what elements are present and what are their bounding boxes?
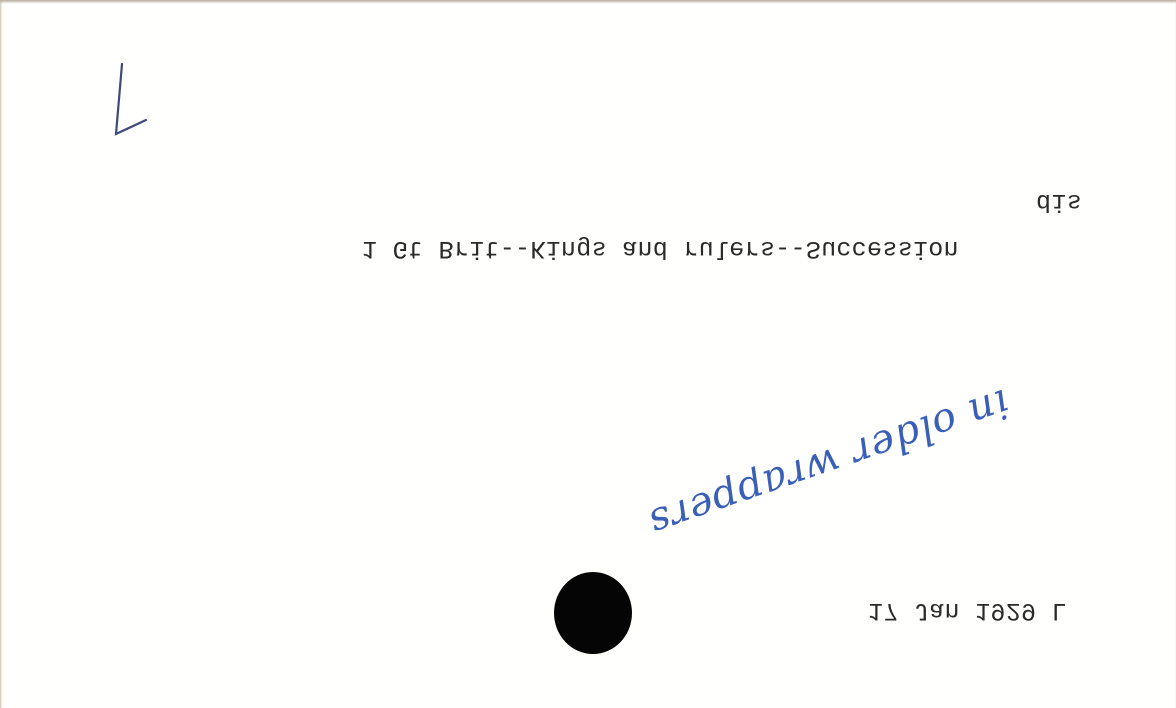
catalog-card: dis 1 Gt Brit--Kings and rulers--Success… (0, 0, 1176, 708)
punch-hole (554, 572, 632, 654)
subject-heading: 1 Gt Brit--Kings and rulers--Succession (362, 234, 959, 263)
handwritten-note: in older wrappers (643, 380, 1015, 547)
handwritten-corner-mark (110, 62, 150, 142)
subject-continuation: dis (1036, 187, 1082, 216)
date-stamp: 17 Jan 1929 L (868, 596, 1067, 625)
